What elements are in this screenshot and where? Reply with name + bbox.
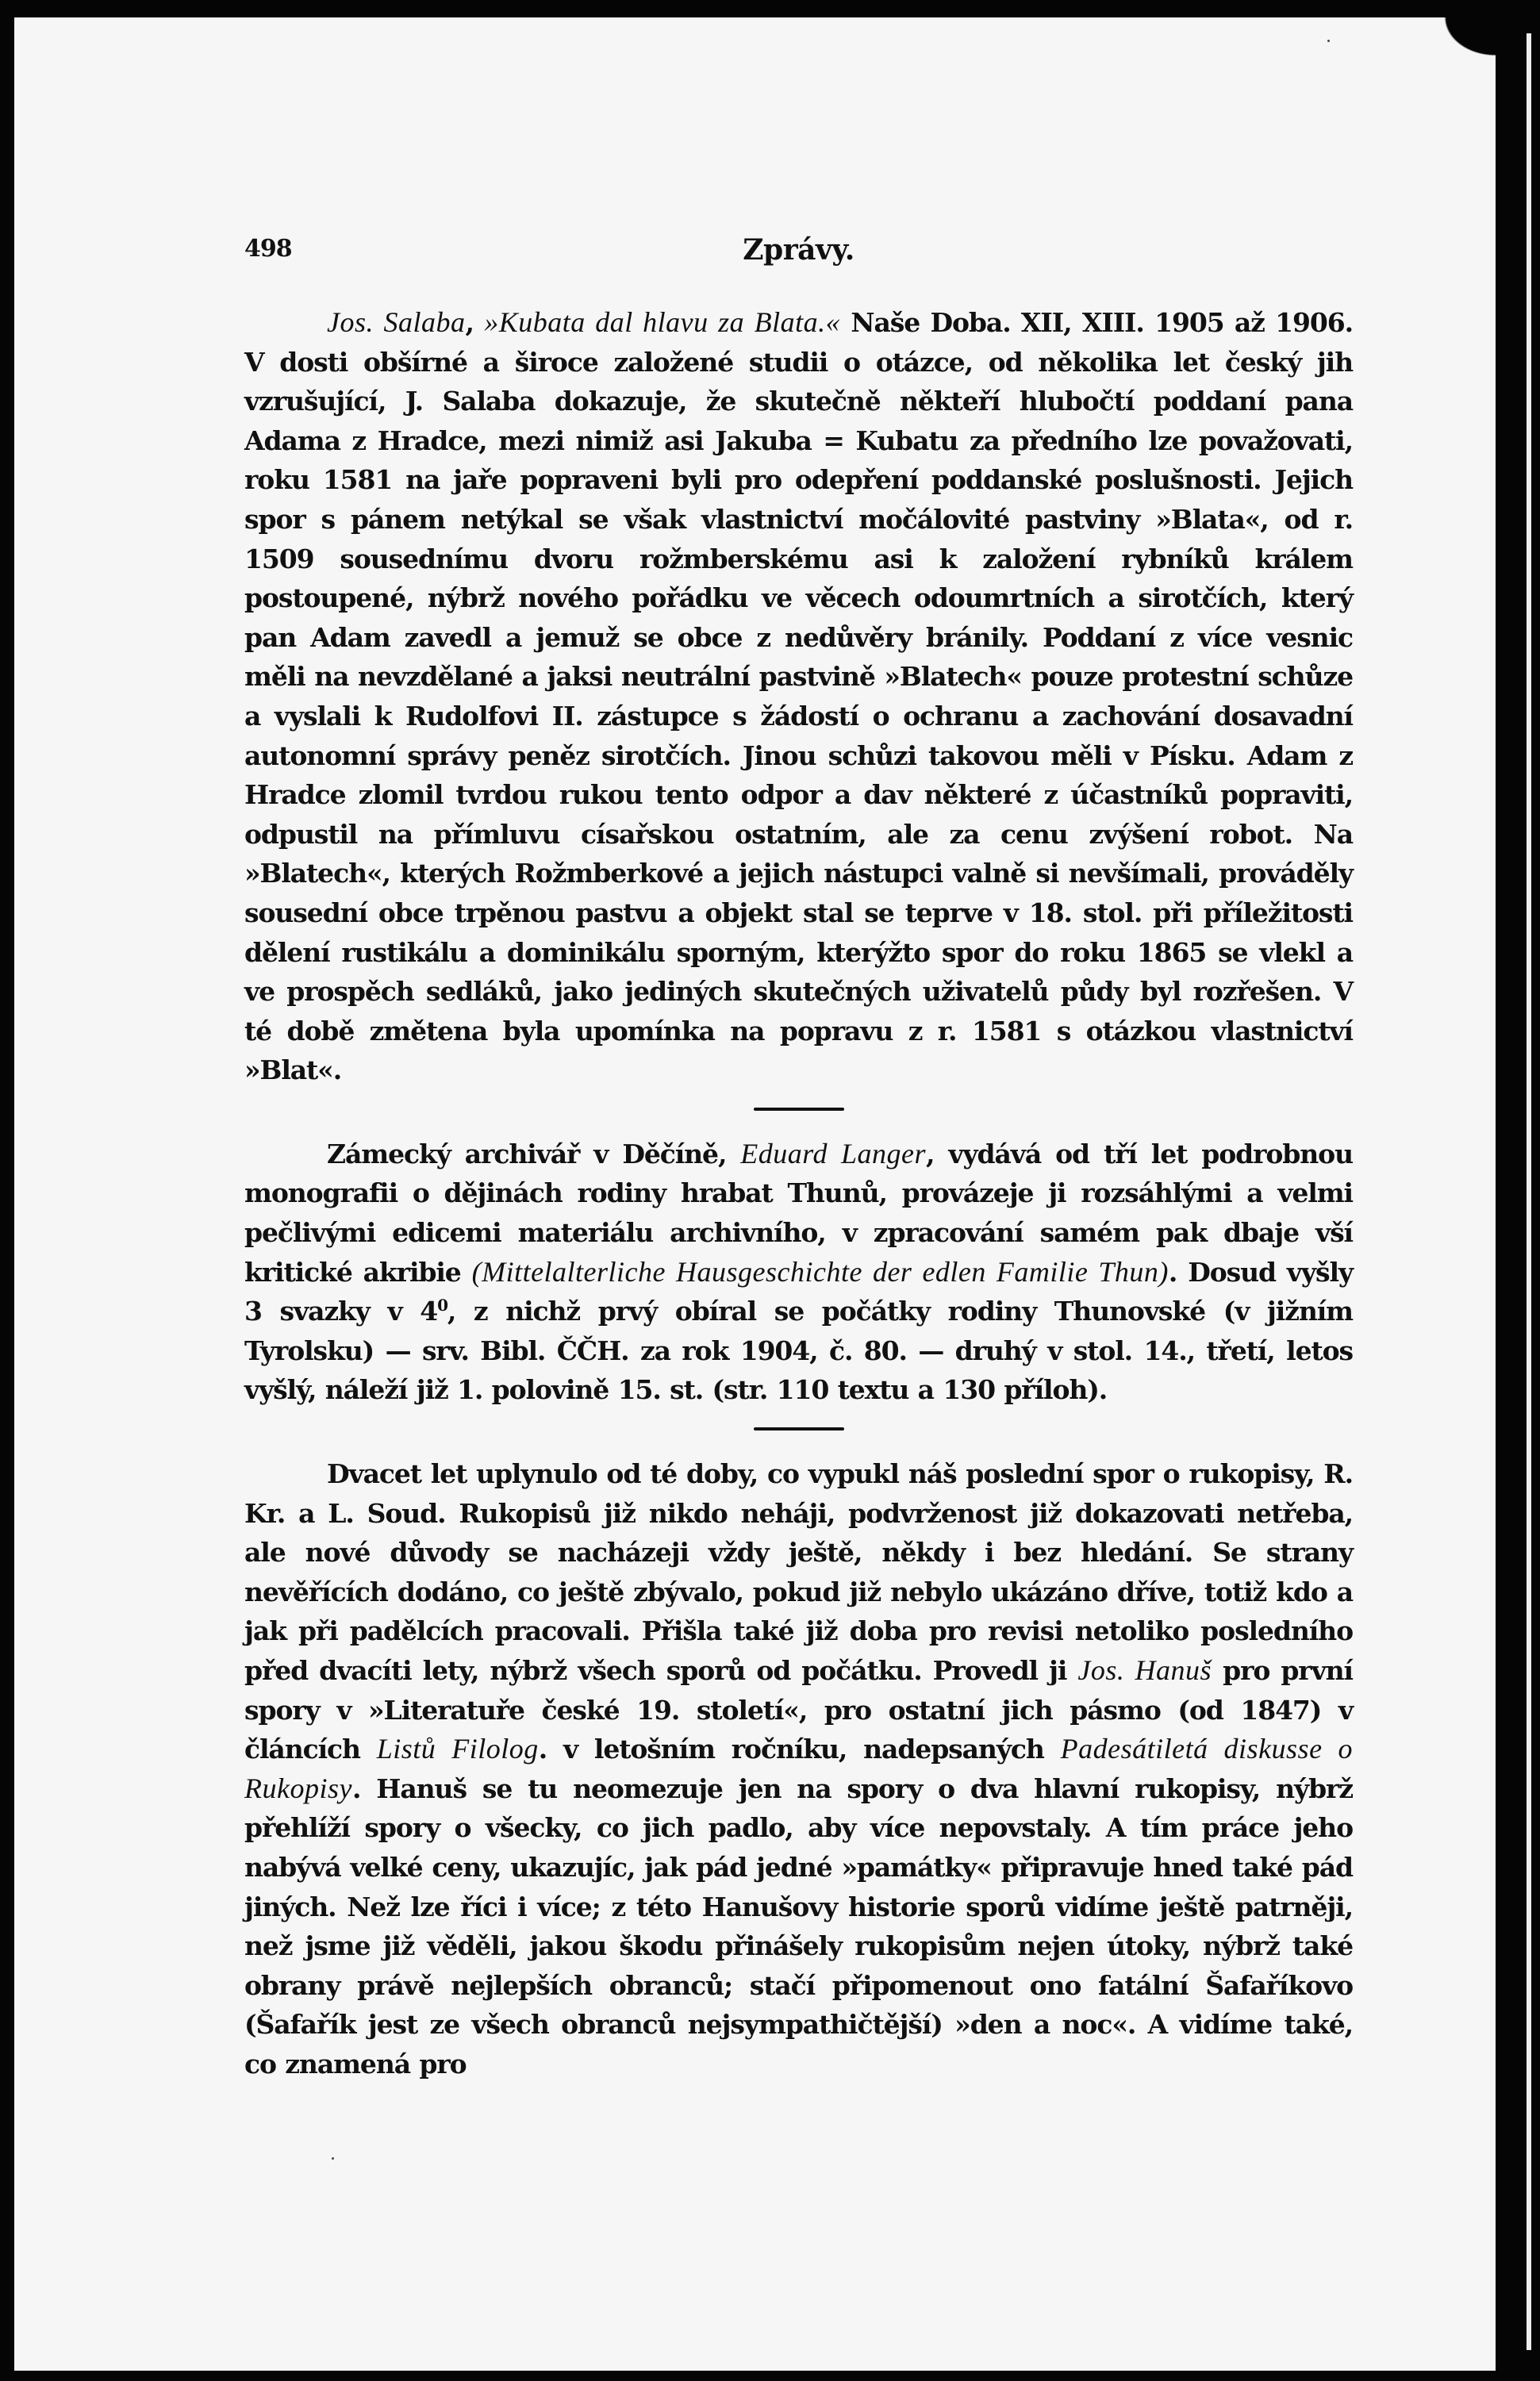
separator-rule [754, 1427, 844, 1431]
section-title: Zprávy. [244, 233, 1353, 267]
text-run: . v letošním ročníku, nadepsaných [539, 1734, 1061, 1765]
paper-speck [1327, 40, 1330, 42]
text-run: Naše Doba. XII, XIII. 1905 až 1906. V do… [244, 307, 1353, 1085]
scan-edge-strip [1527, 33, 1531, 2350]
article-body: Jos. Salaba, »Kubata dal hlavu za Blata.… [244, 303, 1353, 2084]
paragraph-langer: Zámecký archivář v Děčíně, Eduard Langer… [244, 1135, 1353, 1410]
text-run: , [465, 307, 484, 338]
italic-citation: (Mittelalterliche Hausgeschichte der edl… [472, 1256, 1169, 1288]
text-run: Zámecký archivář v Děčíně, [327, 1139, 740, 1169]
italic-citation: Listů Filolog [377, 1733, 539, 1765]
running-head: 498 Zprávy. [244, 235, 1353, 275]
separator-rule [754, 1108, 844, 1111]
text-run: 0 [437, 1296, 447, 1315]
italic-citation: Jos. Hanuš [1077, 1654, 1212, 1686]
text-run: Dvacet let uplynulo od té doby, co vypuk… [244, 1458, 1353, 1686]
italic-citation: Jos. Salaba [327, 306, 465, 338]
text-run: . Hanuš se tu neomezuje jen na spory o d… [244, 1773, 1353, 2080]
italic-citation: »Kubata dal hlavu za Blata.« [484, 306, 840, 338]
paragraph-salaba: Jos. Salaba, »Kubata dal hlavu za Blata.… [244, 303, 1353, 1090]
italic-citation: Eduard Langer [740, 1138, 926, 1169]
paper-speck [332, 2157, 334, 2160]
paragraph-hanus: Dvacet let uplynulo od té doby, co vypuk… [244, 1454, 1353, 2084]
